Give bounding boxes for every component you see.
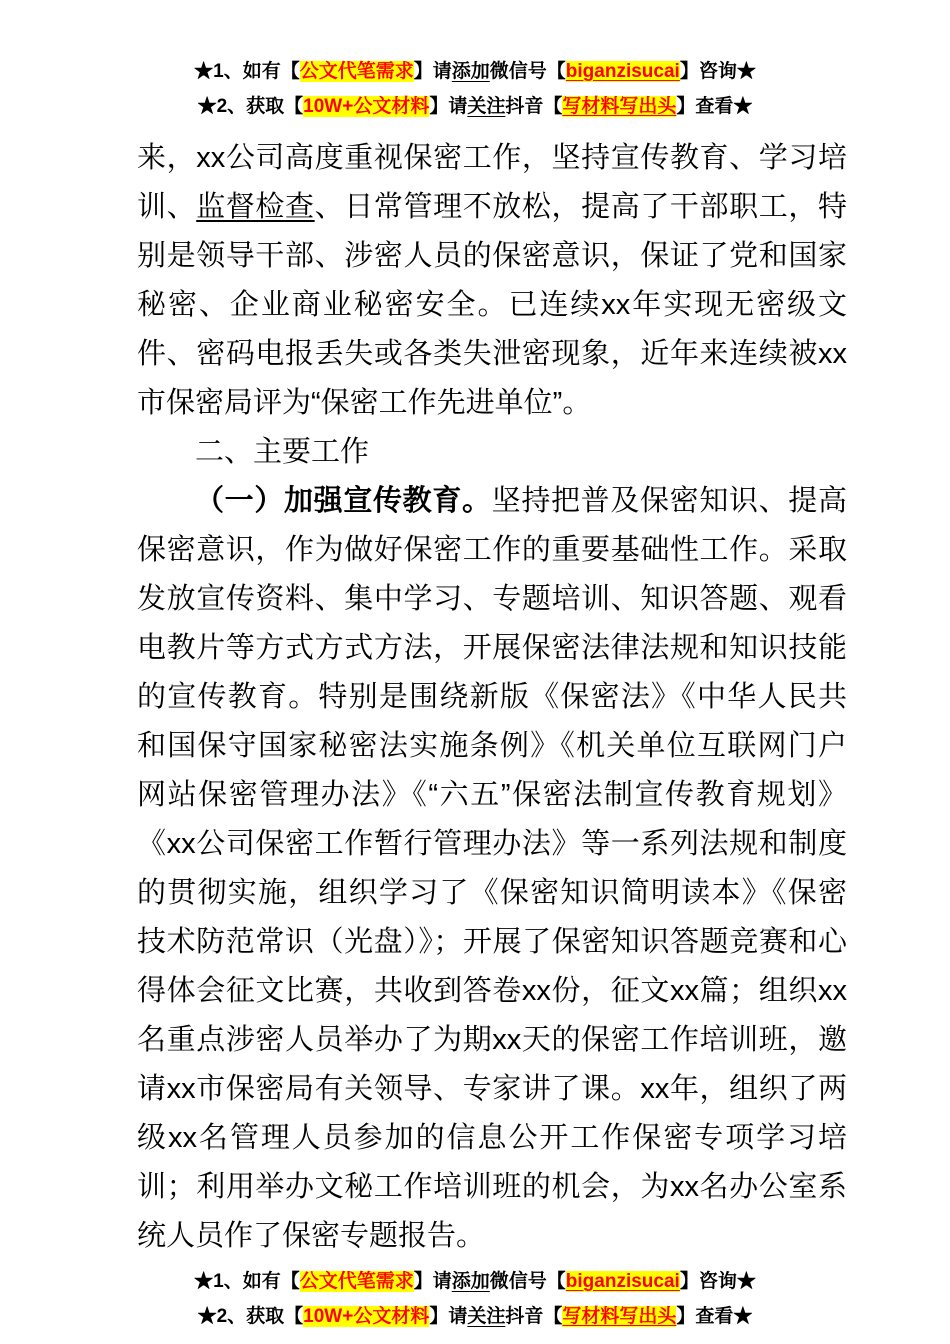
text-segment: 微信号【 [490, 1271, 566, 1292]
promo-footer-line-2: ★2、获取【10W+公文材料】请关注抖音【写材料写出头】查看★ [0, 1299, 950, 1334]
text-segment: 】请 [429, 1306, 467, 1327]
highlighted-text: 10W+公文材料 [303, 1306, 429, 1327]
promo-header-line-1: ★1、如有【公文代笔需求】请添加微信号【biganzisucai】咨询★ [0, 54, 950, 89]
promo-header: ★1、如有【公文代笔需求】请添加微信号【biganzisucai】咨询★ ★2、… [0, 0, 950, 124]
text-segment: 】查看★ [676, 96, 752, 117]
text-segment: 】咨询★ [680, 61, 756, 82]
promo-header-line-2: ★2、获取【10W+公文材料】请关注抖音【写材料写出头】查看★ [0, 89, 950, 124]
paragraph-overview: 来，xx公司高度重视保密工作，坚持宣传教育、学习培训、监督检查、日常管理不放松，… [137, 134, 847, 428]
text-segment: 】请 [414, 1271, 452, 1292]
text-segment: 关注 [467, 1306, 505, 1327]
highlighted-text: 写材料写出头 [562, 96, 676, 117]
text-segment: 】咨询★ [680, 1271, 756, 1292]
highlighted-text: 写材料写出头 [562, 1306, 676, 1327]
text-segment: 】请 [429, 96, 467, 117]
text-segment: 添加 [452, 1271, 490, 1292]
text-segment: 关注 [467, 96, 505, 117]
text-segment: 二、主要工作 [195, 436, 369, 468]
promo-footer: ★1、如有【公文代笔需求】请添加微信号【biganzisucai】咨询★ ★2、… [0, 1261, 950, 1334]
text-segment: ★1、如有【 [194, 1271, 300, 1292]
text-segment: 抖音【 [505, 1306, 562, 1327]
highlighted-text: 10W+公文材料 [303, 96, 429, 117]
text-segment: （一）加强宣传教育。 [195, 485, 492, 517]
text-segment: 坚持把普及保密知识、提高保密意识，作为做好保密工作的重要基础性工作。采取发放宣传… [137, 485, 847, 1252]
text-segment: ★1、如有【 [194, 61, 300, 82]
text-segment: 抖音【 [505, 96, 562, 117]
text-segment: 】查看★ [676, 1306, 752, 1327]
paragraph-publicity-education: （一）加强宣传教育。坚持把普及保密知识、提高保密意识，作为做好保密工作的重要基础… [137, 477, 847, 1261]
text-segment: ★2、获取【 [198, 96, 304, 117]
text-segment: ★2、获取【 [198, 1306, 304, 1327]
heading-main-work: 二、主要工作 [137, 428, 847, 477]
highlighted-text: 公文代笔需求 [300, 1271, 414, 1292]
text-segment: 微信号【 [490, 61, 566, 82]
text-segment: 】请 [414, 61, 452, 82]
highlighted-text: 公文代笔需求 [300, 61, 414, 82]
highlighted-text: biganzisucai [566, 61, 680, 82]
document-body: 来，xx公司高度重视保密工作，坚持宣传教育、学习培训、监督检查、日常管理不放松，… [137, 134, 847, 1261]
highlighted-text: biganzisucai [566, 1271, 680, 1292]
text-segment: 、日常管理不放松，提高了干部职工，特别是领导干部、涉密人员的保密意识，保证了党和… [137, 191, 847, 419]
text-segment: 监督检查 [196, 191, 314, 223]
document-page: ★1、如有【公文代笔需求】请添加微信号【biganzisucai】咨询★ ★2、… [0, 0, 950, 1344]
text-segment: 添加 [452, 61, 490, 82]
promo-footer-line-1: ★1、如有【公文代笔需求】请添加微信号【biganzisucai】咨询★ [0, 1264, 950, 1299]
